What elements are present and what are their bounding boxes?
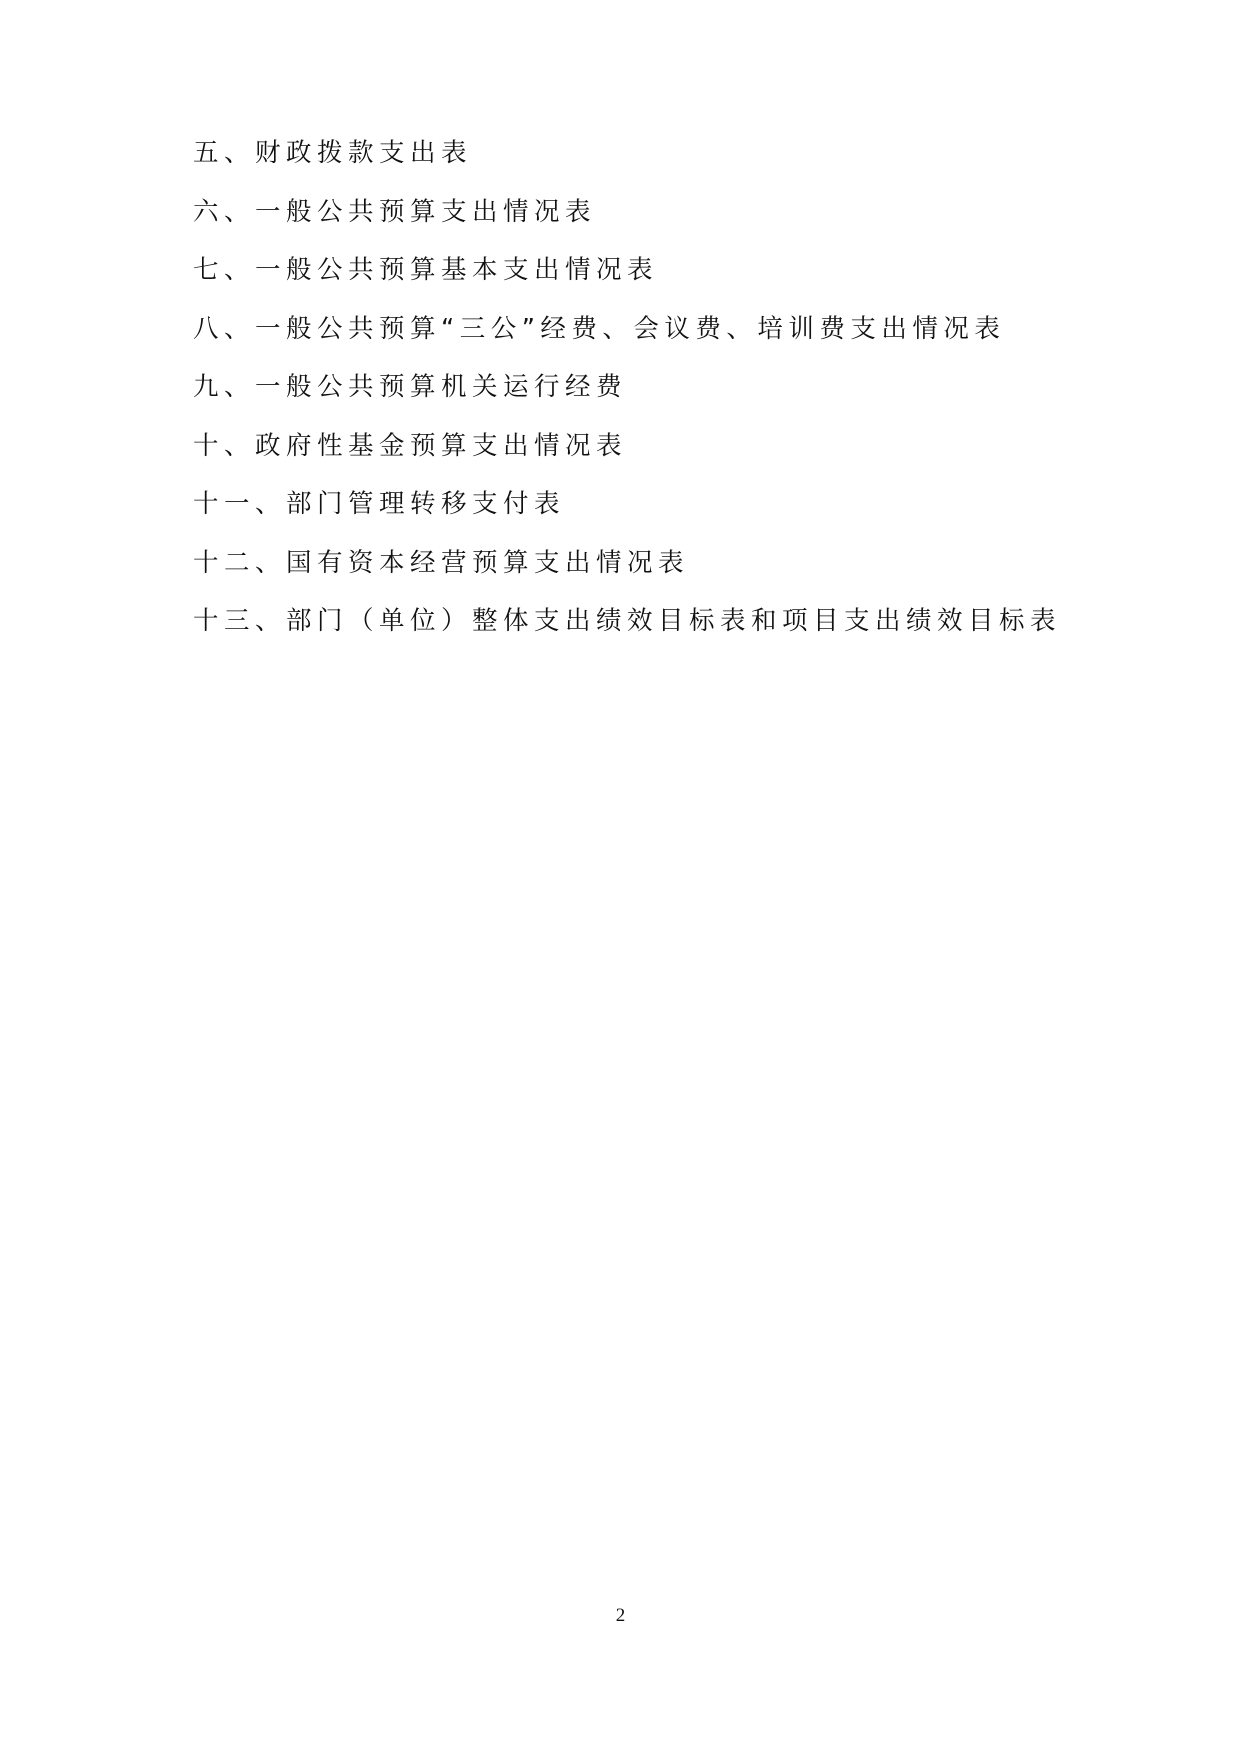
toc-item-state-capital-budget: 十二、国有资本经营预算支出情况表	[193, 543, 1061, 602]
page-number: 2	[0, 1605, 1241, 1627]
toc-item-agency-operating-expenses: 九、一般公共预算机关运行经费	[193, 367, 1061, 426]
toc-item-general-public-budget-expenditure: 六、一般公共预算支出情况表	[193, 192, 1061, 251]
toc-item-performance-targets: 十三、部门（单位）整体支出绩效目标表和项目支出绩效目标表	[193, 601, 1061, 660]
document-page: 五、财政拨款支出表 六、一般公共预算支出情况表 七、一般公共预算基本支出情况表 …	[0, 0, 1241, 1755]
toc-item-financial-appropriation-expenditure: 五、财政拨款支出表	[193, 133, 1061, 192]
toc-item-three-public-expenses: 八、一般公共预算“三公”经费、会议费、培训费支出情况表	[193, 309, 1061, 368]
toc-item-government-fund-budget: 十、政府性基金预算支出情况表	[193, 426, 1061, 485]
toc-item-transfer-payment: 十一、部门管理转移支付表	[193, 484, 1061, 543]
table-of-contents: 五、财政拨款支出表 六、一般公共预算支出情况表 七、一般公共预算基本支出情况表 …	[193, 133, 1061, 660]
toc-item-general-public-budget-basic-expenditure: 七、一般公共预算基本支出情况表	[193, 250, 1061, 309]
